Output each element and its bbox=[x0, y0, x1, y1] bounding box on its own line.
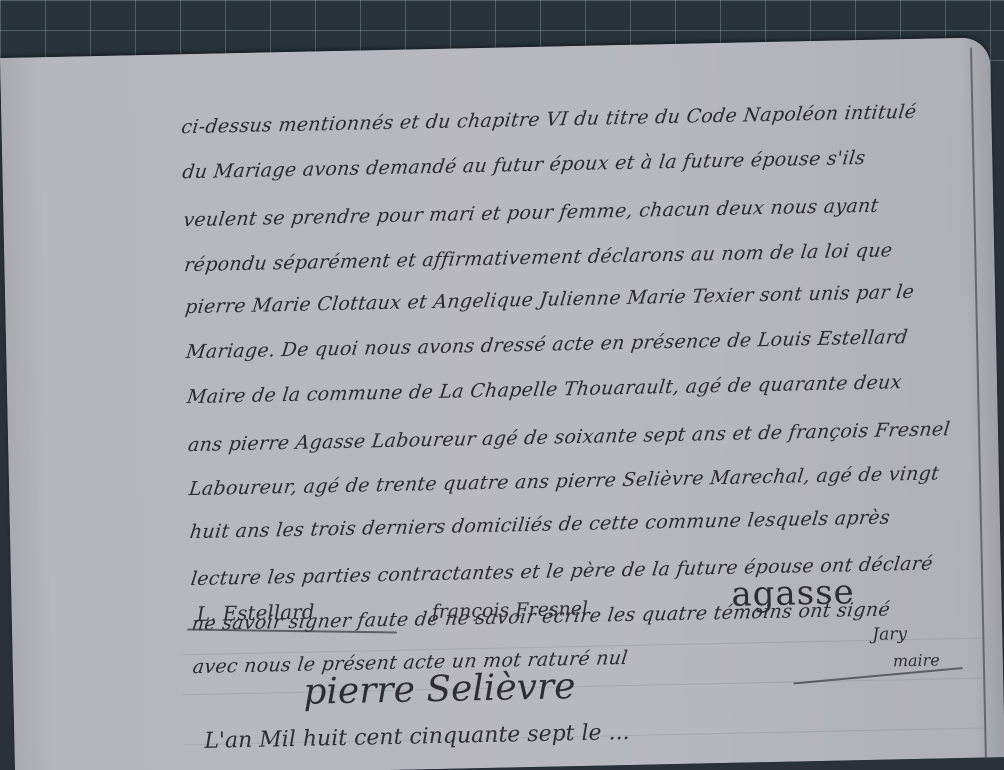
text-line-8: ans pierre Agasse Laboureur agé de soixa… bbox=[187, 418, 951, 456]
text-line-6: Mariage. De quoi nous avons dressé acte … bbox=[185, 326, 909, 363]
text-line-7: Maire de la commune de La Chapelle Thoua… bbox=[186, 371, 903, 408]
signature-selievre: pierre Selièvre bbox=[303, 666, 576, 713]
page-fold-edge bbox=[970, 48, 987, 758]
signature-fresnel: françois Fresnel bbox=[431, 598, 588, 623]
text-line-5: pierre Marie Clottaux et Angelique Julie… bbox=[184, 281, 916, 318]
signature-mayor-name: Jary bbox=[872, 624, 907, 645]
next-entry-heading: L'an Mil huit cent cinquante sept le ... bbox=[204, 720, 630, 754]
text-line-9: Laboureur, agé de trente quatre ans pier… bbox=[188, 462, 941, 500]
text-line-2: du Mariage avons demandé au futur époux … bbox=[181, 147, 867, 183]
bleed-through-text bbox=[33, 174, 173, 199]
register-page: ci-dessus mentionnés et du chapitre VI d… bbox=[0, 37, 1004, 770]
marriage-act-text: ci-dessus mentionnés et du chapitre VI d… bbox=[181, 99, 991, 116]
text-line-1: ci-dessus mentionnés et du chapitre VI d… bbox=[180, 101, 918, 138]
signature-estellard: L. Estellard bbox=[196, 600, 314, 626]
text-line-10: huit ans les trois derniers domiciliés d… bbox=[189, 506, 892, 543]
text-line-4: répondu séparément et affirmativement dé… bbox=[183, 239, 894, 276]
text-line-3: veulent se prendre pour mari et pour fem… bbox=[182, 195, 880, 232]
signature-mayor-title: maire bbox=[893, 650, 940, 670]
mayor-flourish bbox=[793, 667, 962, 684]
signature-agasse: agasse bbox=[731, 572, 855, 615]
